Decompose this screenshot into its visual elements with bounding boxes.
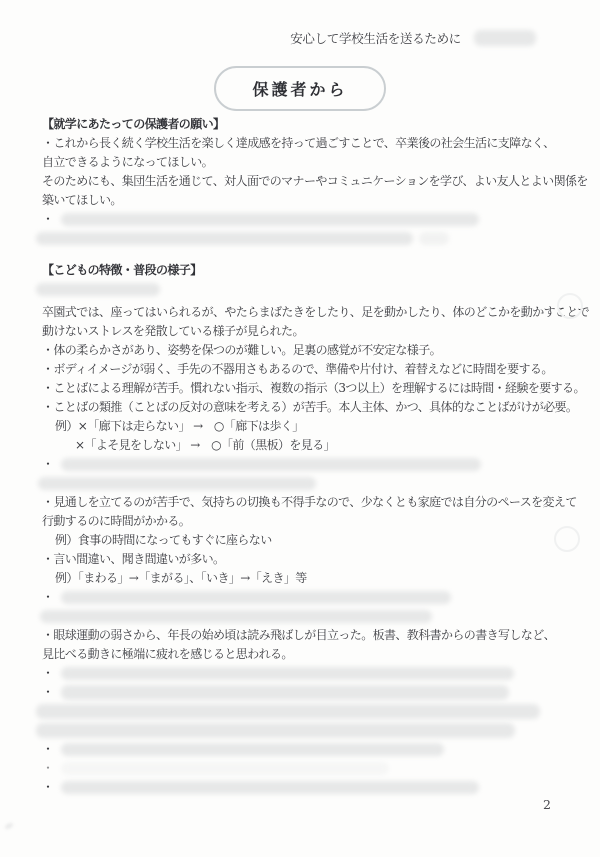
redacted-line [42, 280, 574, 299]
example-line: 例）「まわる」→「まがる」、「いき」→「えき」等 [42, 569, 574, 588]
redacted-line: ・ [42, 759, 574, 778]
redacted-text [36, 723, 515, 738]
bullet-icon: ・ [42, 759, 53, 778]
body-line: 行動するのに時間がかかる。 [42, 512, 574, 531]
body-line: ・見通しを立てるのが苦手で、気持ちの切換も不得手なので、少なくとも家庭では自分の… [42, 493, 574, 512]
example-line: 例）×「廊下は走らない」 → ○「廊下は歩く」 [42, 417, 574, 436]
punch-hole-mark [554, 526, 580, 552]
body-line: ・これから長く続く学校生活を楽しく達成感を持って過ごすことで、卒業後の社会生活に… [42, 134, 574, 153]
redacted-text [38, 477, 316, 490]
body-line: 築いてほしい。 [42, 191, 574, 210]
scan-speck [5, 822, 14, 829]
body-line: ・ことばの類推（ことばの反対の意味を考える）が苦手。本人主体、かつ、具体的なこと… [42, 398, 574, 417]
body-line: ・ボディイメージが弱く、手先の不器用さもあるので、準備や片付け、着替えなどに時間… [42, 360, 574, 379]
redacted-text [36, 283, 160, 296]
redacted-text [419, 232, 449, 245]
body-line: ・言い間違い、聞き間違いが多い。 [42, 550, 574, 569]
bullet-icon: ・ [42, 664, 53, 683]
page-number: 2 [543, 797, 551, 812]
bullet-icon: ・ [42, 683, 53, 702]
redacted-line: ・ [42, 210, 574, 229]
badge-title: 保護者から [214, 66, 385, 111]
scanned-document-page: 安心して学校生活を送るために 保護者から 【就学にあたっての保護者の願い】 ・こ… [0, 0, 600, 857]
bullet-icon: ・ [42, 210, 53, 229]
header-note: 安心して学校生活を送るために [290, 29, 461, 47]
redacted-line [42, 607, 574, 626]
body-line: 動けないストレスを発散している様子が見られた。 [42, 322, 574, 341]
example-line: ×「よそ見をしない」 → ○「前（黒板）を見る」 [42, 436, 574, 455]
body-line: ・ことばによる理解が苦手。慣れない指示、複数の指示（3つ以上）を理解するには時間… [42, 379, 574, 398]
redacted-text [61, 591, 451, 604]
redacted-text [40, 610, 432, 623]
body-line: 卒園式では、座ってはいられるが、やたらまばたきをしたり、足を動かしたり、体のどこ… [42, 303, 574, 322]
bullet-icon: ・ [42, 740, 53, 759]
header-row: 安心して学校生活を送るために [290, 29, 536, 47]
redacted-text [61, 781, 479, 794]
redacted-name-patch [474, 30, 536, 46]
redacted-line: ・ [42, 664, 574, 683]
bullet-icon: ・ [42, 455, 53, 474]
redacted-text [36, 704, 540, 719]
redacted-line [42, 229, 574, 248]
body-line: ・体の柔らかさがあり、姿勢を保つのが難しい。足裏の感覚が不安定な様子。 [42, 341, 574, 360]
section-heading: 【就学にあたっての保護者の願い】 [42, 115, 574, 134]
redacted-text [61, 743, 444, 756]
bullet-icon: ・ [42, 778, 53, 797]
redacted-line: ・ [42, 455, 574, 474]
redacted-line: ・ [42, 683, 574, 702]
punch-hole-mark [557, 293, 583, 319]
redacted-text [61, 667, 514, 680]
redacted-text [36, 232, 413, 245]
redacted-text [61, 685, 509, 700]
redacted-line [42, 474, 574, 493]
redacted-line: ・ [42, 740, 574, 759]
body-line: 自立できるようになってほしい。 [42, 153, 574, 172]
redacted-text [61, 458, 481, 471]
redacted-line [42, 721, 574, 740]
body-line: 見比べる動きに極端に疲れを感じると思われる。 [42, 645, 574, 664]
document-body: 【就学にあたっての保護者の願い】 ・これから長く続く学校生活を楽しく達成感を持っ… [42, 108, 574, 797]
section-heading: 【こどもの特徴・普段の様子】 [42, 261, 574, 280]
body-line: そのためにも、集団生活を通じて、対人面でのマナーやコミュニケーションを学び、よい… [42, 172, 574, 191]
body-line: ・眼球運動の弱さから、年長の始め頃は読み飛ばしが目立った。板書、教科書からの書き… [42, 626, 574, 645]
bullet-icon: ・ [42, 588, 53, 607]
redacted-text [61, 213, 479, 226]
badge-wrap: 保護者から [0, 66, 600, 111]
example-line: 例）食事の時間になってもすぐに座らない [42, 531, 574, 550]
redacted-text [61, 762, 389, 775]
redacted-line: ・ [42, 778, 574, 797]
redacted-line [42, 702, 574, 721]
redacted-line: ・ [42, 588, 574, 607]
